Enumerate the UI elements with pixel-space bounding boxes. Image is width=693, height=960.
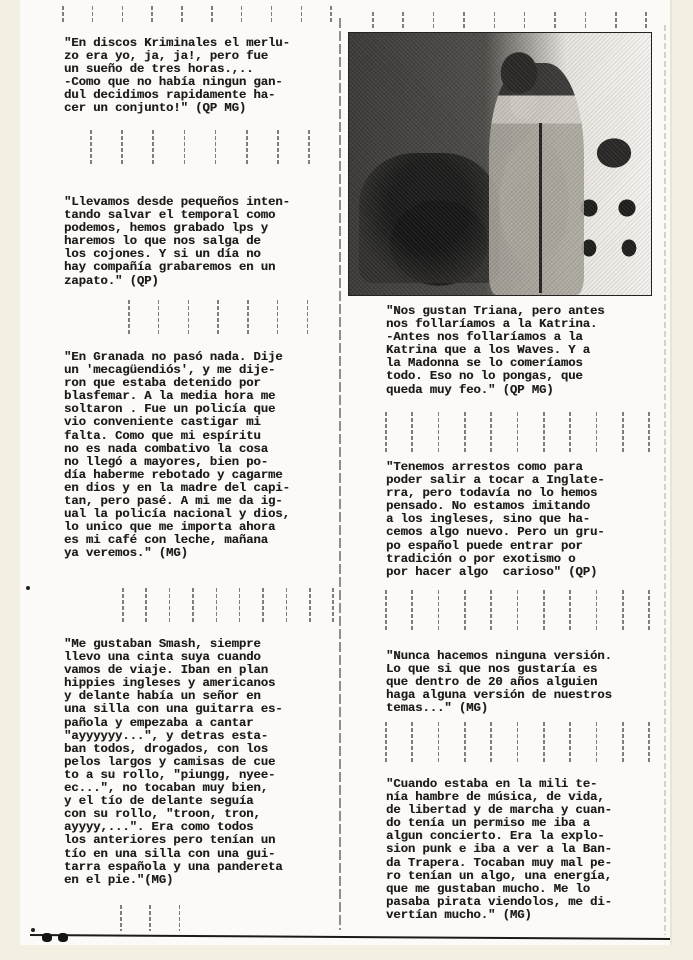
- separator-ticks: [372, 12, 647, 30]
- drum-kit: [359, 153, 499, 283]
- quote-inglaterra: "Tenemos arrestos como para poder salir …: [386, 461, 605, 579]
- ink-blot: [42, 933, 52, 942]
- quote-kriminales: "En discos Kriminales el merlu- zo era y…: [64, 37, 290, 116]
- ink-dot: [26, 586, 30, 590]
- column-divider: [339, 18, 341, 930]
- quote-granada: "En Granada no pasó nada. Dije un 'mecag…: [64, 351, 290, 561]
- singer: [489, 63, 584, 295]
- band-photo: [348, 32, 652, 296]
- mic-stand: [539, 123, 542, 293]
- quote-mili: "Cuando estaba en la mili te- nía hambre…: [386, 778, 612, 922]
- separator-ticks: [62, 6, 332, 24]
- page-edge: [664, 25, 666, 935]
- separator-ticks: [385, 412, 650, 454]
- quote-temporal: "Llevamos desde pequeños inten- tando sa…: [64, 196, 290, 288]
- separator-ticks: [385, 722, 650, 764]
- quote-smash: "Me gustaban Smash, siempre llevo una ci…: [64, 638, 283, 887]
- quote-version: "Nunca hacemos ninguna versión. Lo que s…: [386, 650, 612, 715]
- ink-dot: [31, 928, 35, 932]
- separator-ticks: [385, 590, 650, 630]
- quote-triana: "Nos gustan Triana, pero antes nos folla…: [386, 305, 605, 397]
- separator-ticks: [90, 130, 310, 164]
- ink-blot: [58, 933, 68, 942]
- separator-ticks: [122, 588, 334, 624]
- separator-ticks: [120, 905, 180, 931]
- separator-ticks: [128, 300, 308, 336]
